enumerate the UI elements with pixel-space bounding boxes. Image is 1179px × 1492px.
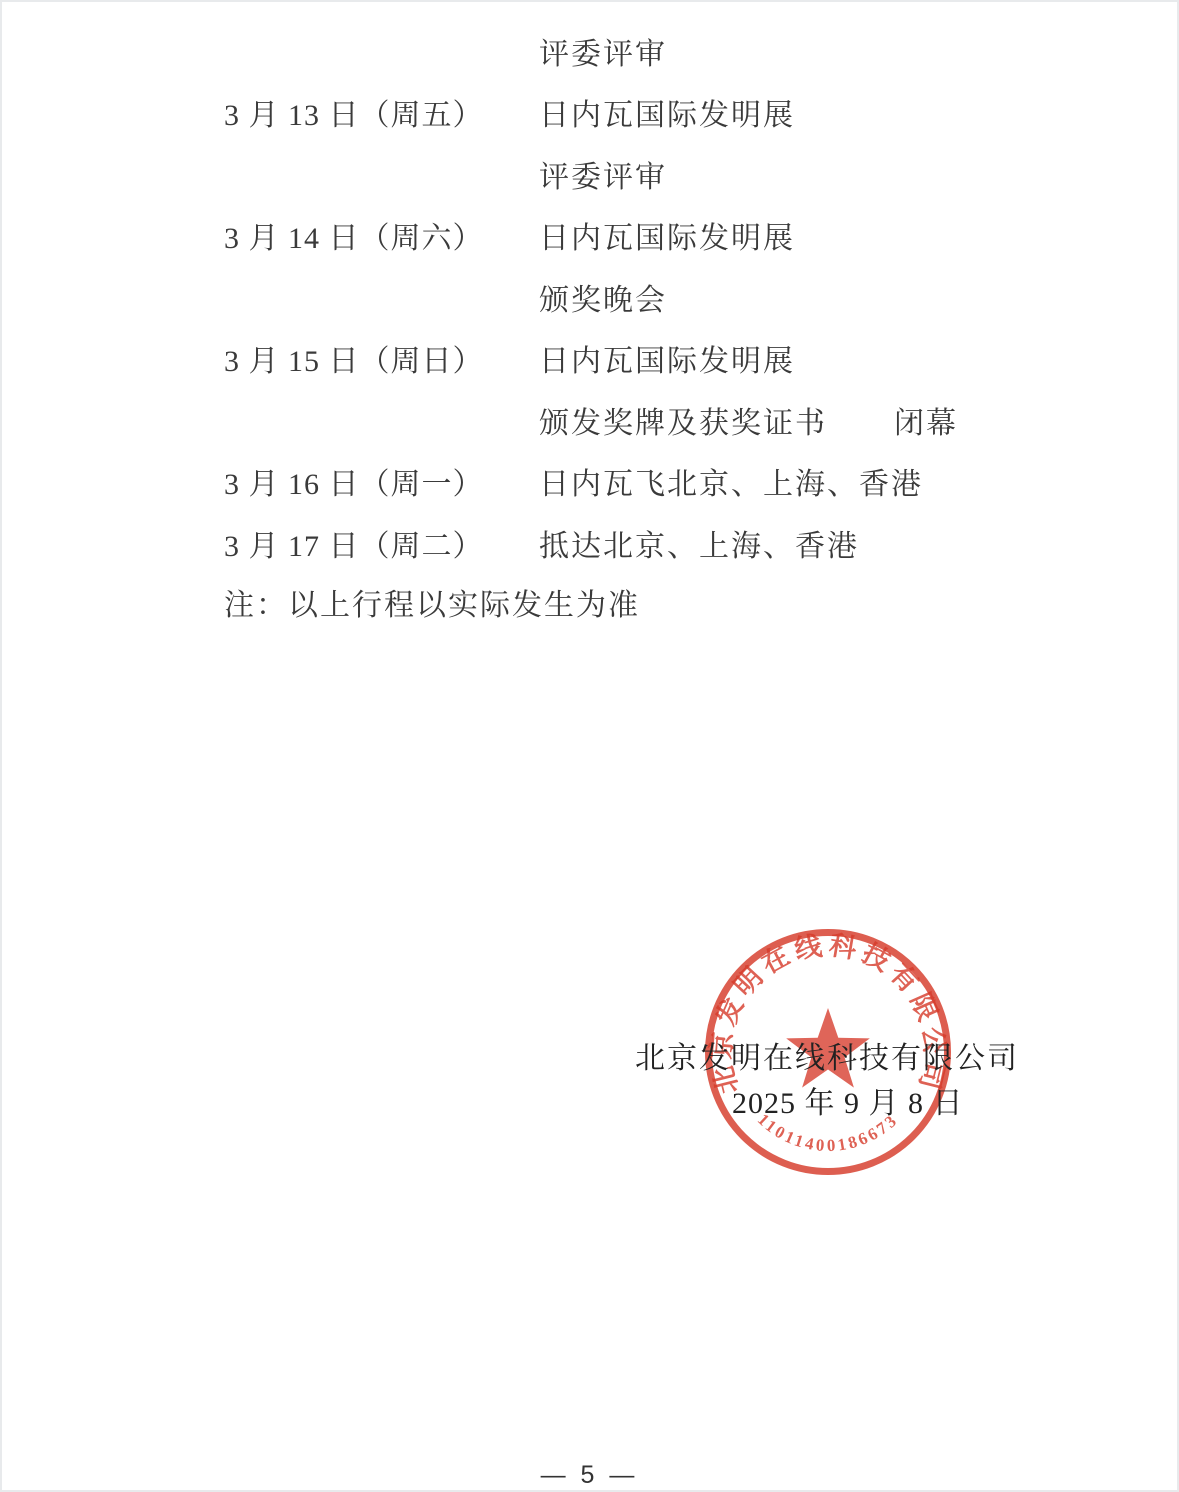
page-number: — 5 — <box>2 1461 1177 1489</box>
schedule-row: 3 月 14 日（周六） 日内瓦国际发明展 <box>2 223 1177 257</box>
schedule-row: 评委评审 <box>2 162 1177 196</box>
schedule-activity-extra: 闭幕 <box>894 408 958 440</box>
schedule-activity: 日内瓦国际发明展 <box>539 223 795 255</box>
schedule-date: 3 月 16 日（周一） <box>224 469 484 501</box>
schedule-date: 3 月 17 日（周二） <box>224 531 484 563</box>
schedule-date: 3 月 15 日（周日） <box>224 346 484 378</box>
schedule-activity: 颁发奖牌及获奖证书 <box>539 408 827 440</box>
schedule-activity: 评委评审 <box>539 162 667 194</box>
schedule-row: 3 月 15 日（周日） 日内瓦国际发明展 <box>2 346 1177 380</box>
schedule-activity: 评委评审 <box>539 39 667 71</box>
schedule-row: 3 月 13 日（周五） 日内瓦国际发明展 <box>2 100 1177 134</box>
schedule-row: 颁发奖牌及获奖证书 闭幕 <box>2 408 1177 442</box>
schedule-date: 3 月 13 日（周五） <box>224 100 484 132</box>
schedule-activity: 日内瓦飞北京、上海、香港 <box>539 469 923 501</box>
schedule-row: 评委评审 <box>2 39 1177 73</box>
schedule-row: 颁奖晚会 <box>2 285 1177 319</box>
schedule-note: 注：以上行程以实际发生为准 <box>224 590 640 622</box>
schedule-row: 3 月 16 日（周一） 日内瓦飞北京、上海、香港 <box>2 469 1177 503</box>
schedule-activity: 日内瓦国际发明展 <box>539 346 795 378</box>
schedule-date: 3 月 14 日（周六） <box>224 223 484 255</box>
document-page: 评委评审 3 月 13 日（周五） 日内瓦国际发明展 评委评审 3 月 14 日… <box>0 0 1179 1492</box>
signature-date: 2025 年 9 月 8 日 <box>732 1088 964 1120</box>
signature-company: 北京发明在线科技有限公司 <box>635 1043 1019 1075</box>
schedule-activity: 日内瓦国际发明展 <box>539 100 795 132</box>
schedule-activity: 抵达北京、上海、香港 <box>539 531 859 563</box>
schedule-activity: 颁奖晚会 <box>539 285 667 317</box>
schedule-row: 3 月 17 日（周二） 抵达北京、上海、香港 <box>2 531 1177 565</box>
